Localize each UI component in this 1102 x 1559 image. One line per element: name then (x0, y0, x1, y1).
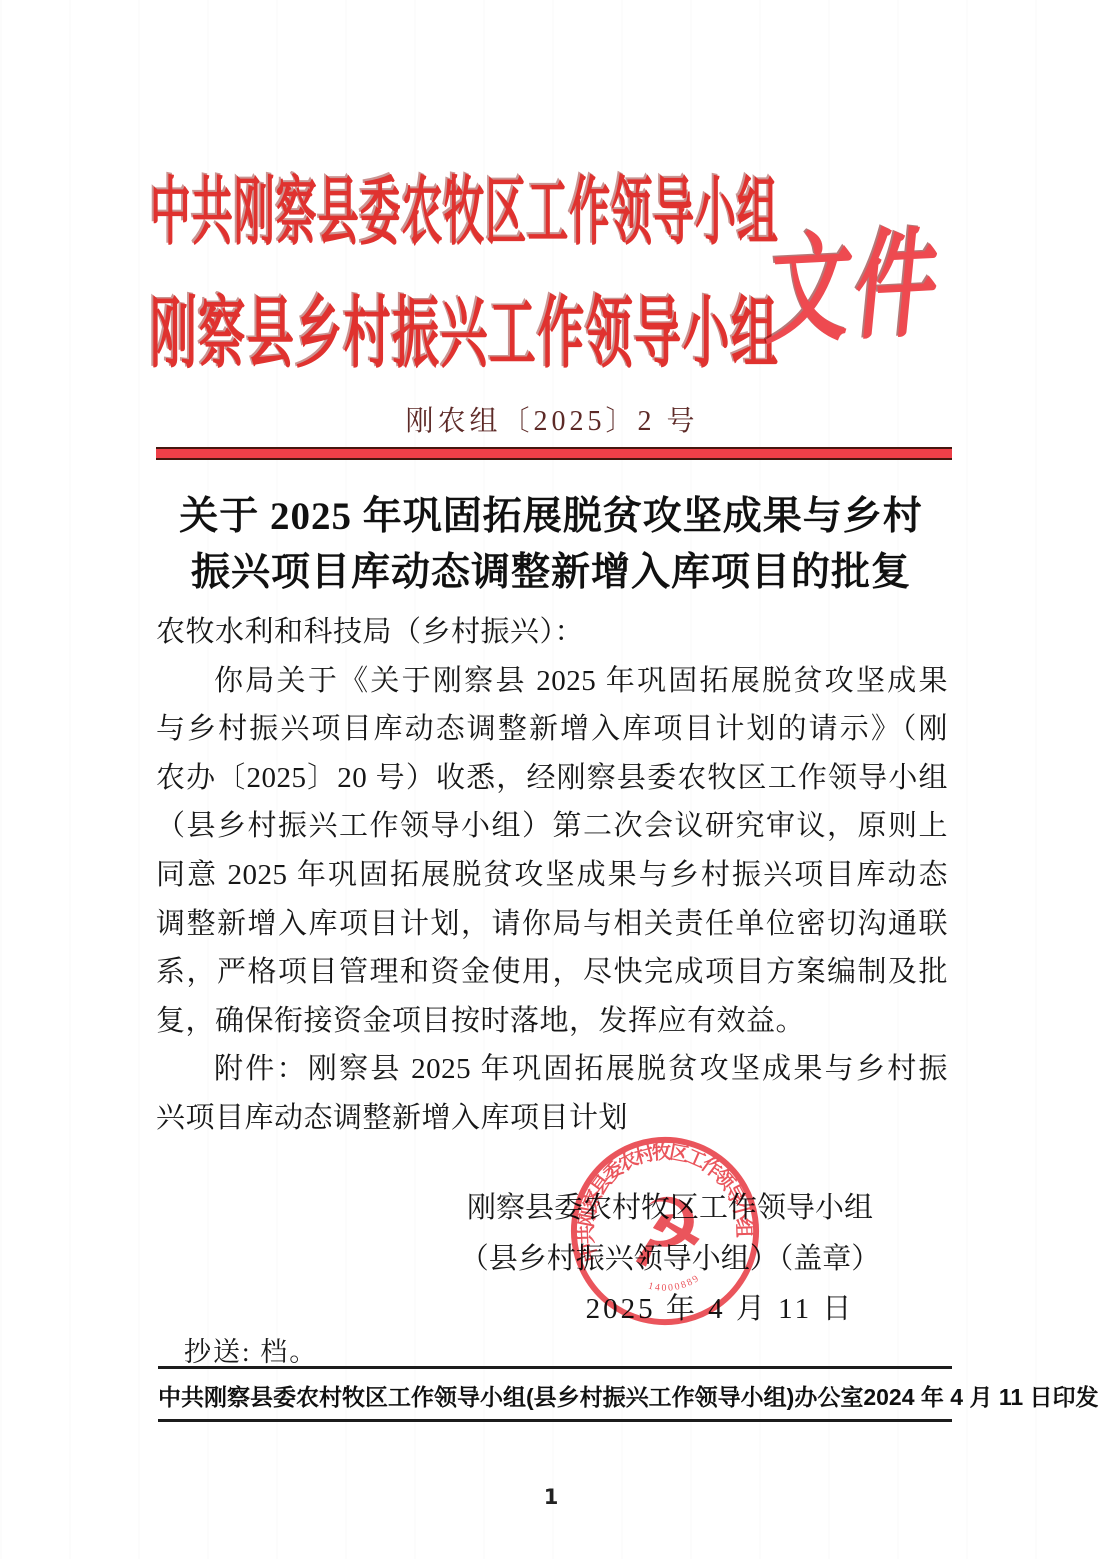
letterhead-document-label: 文件 (761, 189, 959, 368)
issuing-office: 中共刚察县委农村牧区工作领导小组(县乡村振兴工作领导小组)办公室 (158, 1379, 863, 1412)
signature-org-subname: （县乡村振兴领导小组）（盖章） (330, 1236, 1010, 1277)
document-title-line-2: 振兴项目库动态调整新增入库项目的批复 (120, 545, 982, 601)
signature-org-name: 刚察县委农村牧区工作领导小组 (330, 1185, 1010, 1226)
print-date: 2024 年 4 月 11 日印发 (863, 1379, 1098, 1412)
body-line: 你局关于《关于刚察县 2025 年巩固拓展脱贫攻坚成果 (156, 657, 948, 706)
body-line: 调整新增入库项目计划，请你局与相关责任单位密切沟通联 (156, 900, 948, 949)
document-title: 关于 2025 年巩固拓展脱贫攻坚成果与乡村 振兴项目库动态调整新增入库项目的批… (120, 489, 982, 601)
body-line: （县乡村振兴工作领导小组）第二次会议研究审议，原则上 (156, 802, 948, 851)
letterhead-org-name-2: 刚察县乡村振兴工作领导小组 (150, 272, 778, 383)
body-line: 与乡村振兴项目库动态调整新增入库项目计划的请示》（刚 (156, 705, 948, 754)
body-salutation: 农牧水利和科技局（乡村振兴）： (156, 608, 948, 657)
document-number: 刚农组〔2025〕2 号 (156, 399, 948, 439)
page-number: 1 (0, 1485, 1102, 1509)
cc-line: 抄送: 档。 (184, 1330, 318, 1369)
red-divider-rule (156, 447, 952, 460)
letterhead-org-name-1: 中共刚察县委农牧区工作领导小组 (150, 152, 778, 259)
official-document-page: { "header": { "org_line1": "中共刚察县委农牧区工作领… (0, 0, 1102, 1559)
attachment-line: 兴项目库动态调整新增入库项目计划 (156, 1094, 948, 1143)
document-body: 农牧水利和科技局（乡村振兴）： 你局关于《关于刚察县 2025 年巩固拓展脱贫攻… (156, 608, 948, 1143)
body-line: 同意 2025 年巩固拓展脱贫攻坚成果与乡村振兴项目库动态 (156, 851, 948, 900)
attachment-line: 附件：刚察县 2025 年巩固拓展脱贫攻坚成果与乡村振 (156, 1045, 948, 1094)
body-line: 复，确保衔接资金项目按时落地，发挥应有效益。 (156, 997, 948, 1046)
signature-date: 2025 年 4 月 11 日 (380, 1286, 1060, 1327)
body-line: 农办〔2025〕20 号）收悉，经刚察县委农牧区工作领导小组 (156, 754, 948, 803)
document-title-line-1: 关于 2025 年巩固拓展脱贫攻坚成果与乡村 (120, 489, 982, 545)
body-line: 系，严格项目管理和资金使用，尽快完成项目方案编制及批 (156, 948, 948, 997)
footer-divider-bottom (158, 1419, 952, 1422)
footer-row: 中共刚察县委农村牧区工作领导小组(县乡村振兴工作领导小组)办公室 2024 年 … (158, 1379, 952, 1412)
footer-divider-top (158, 1366, 952, 1369)
